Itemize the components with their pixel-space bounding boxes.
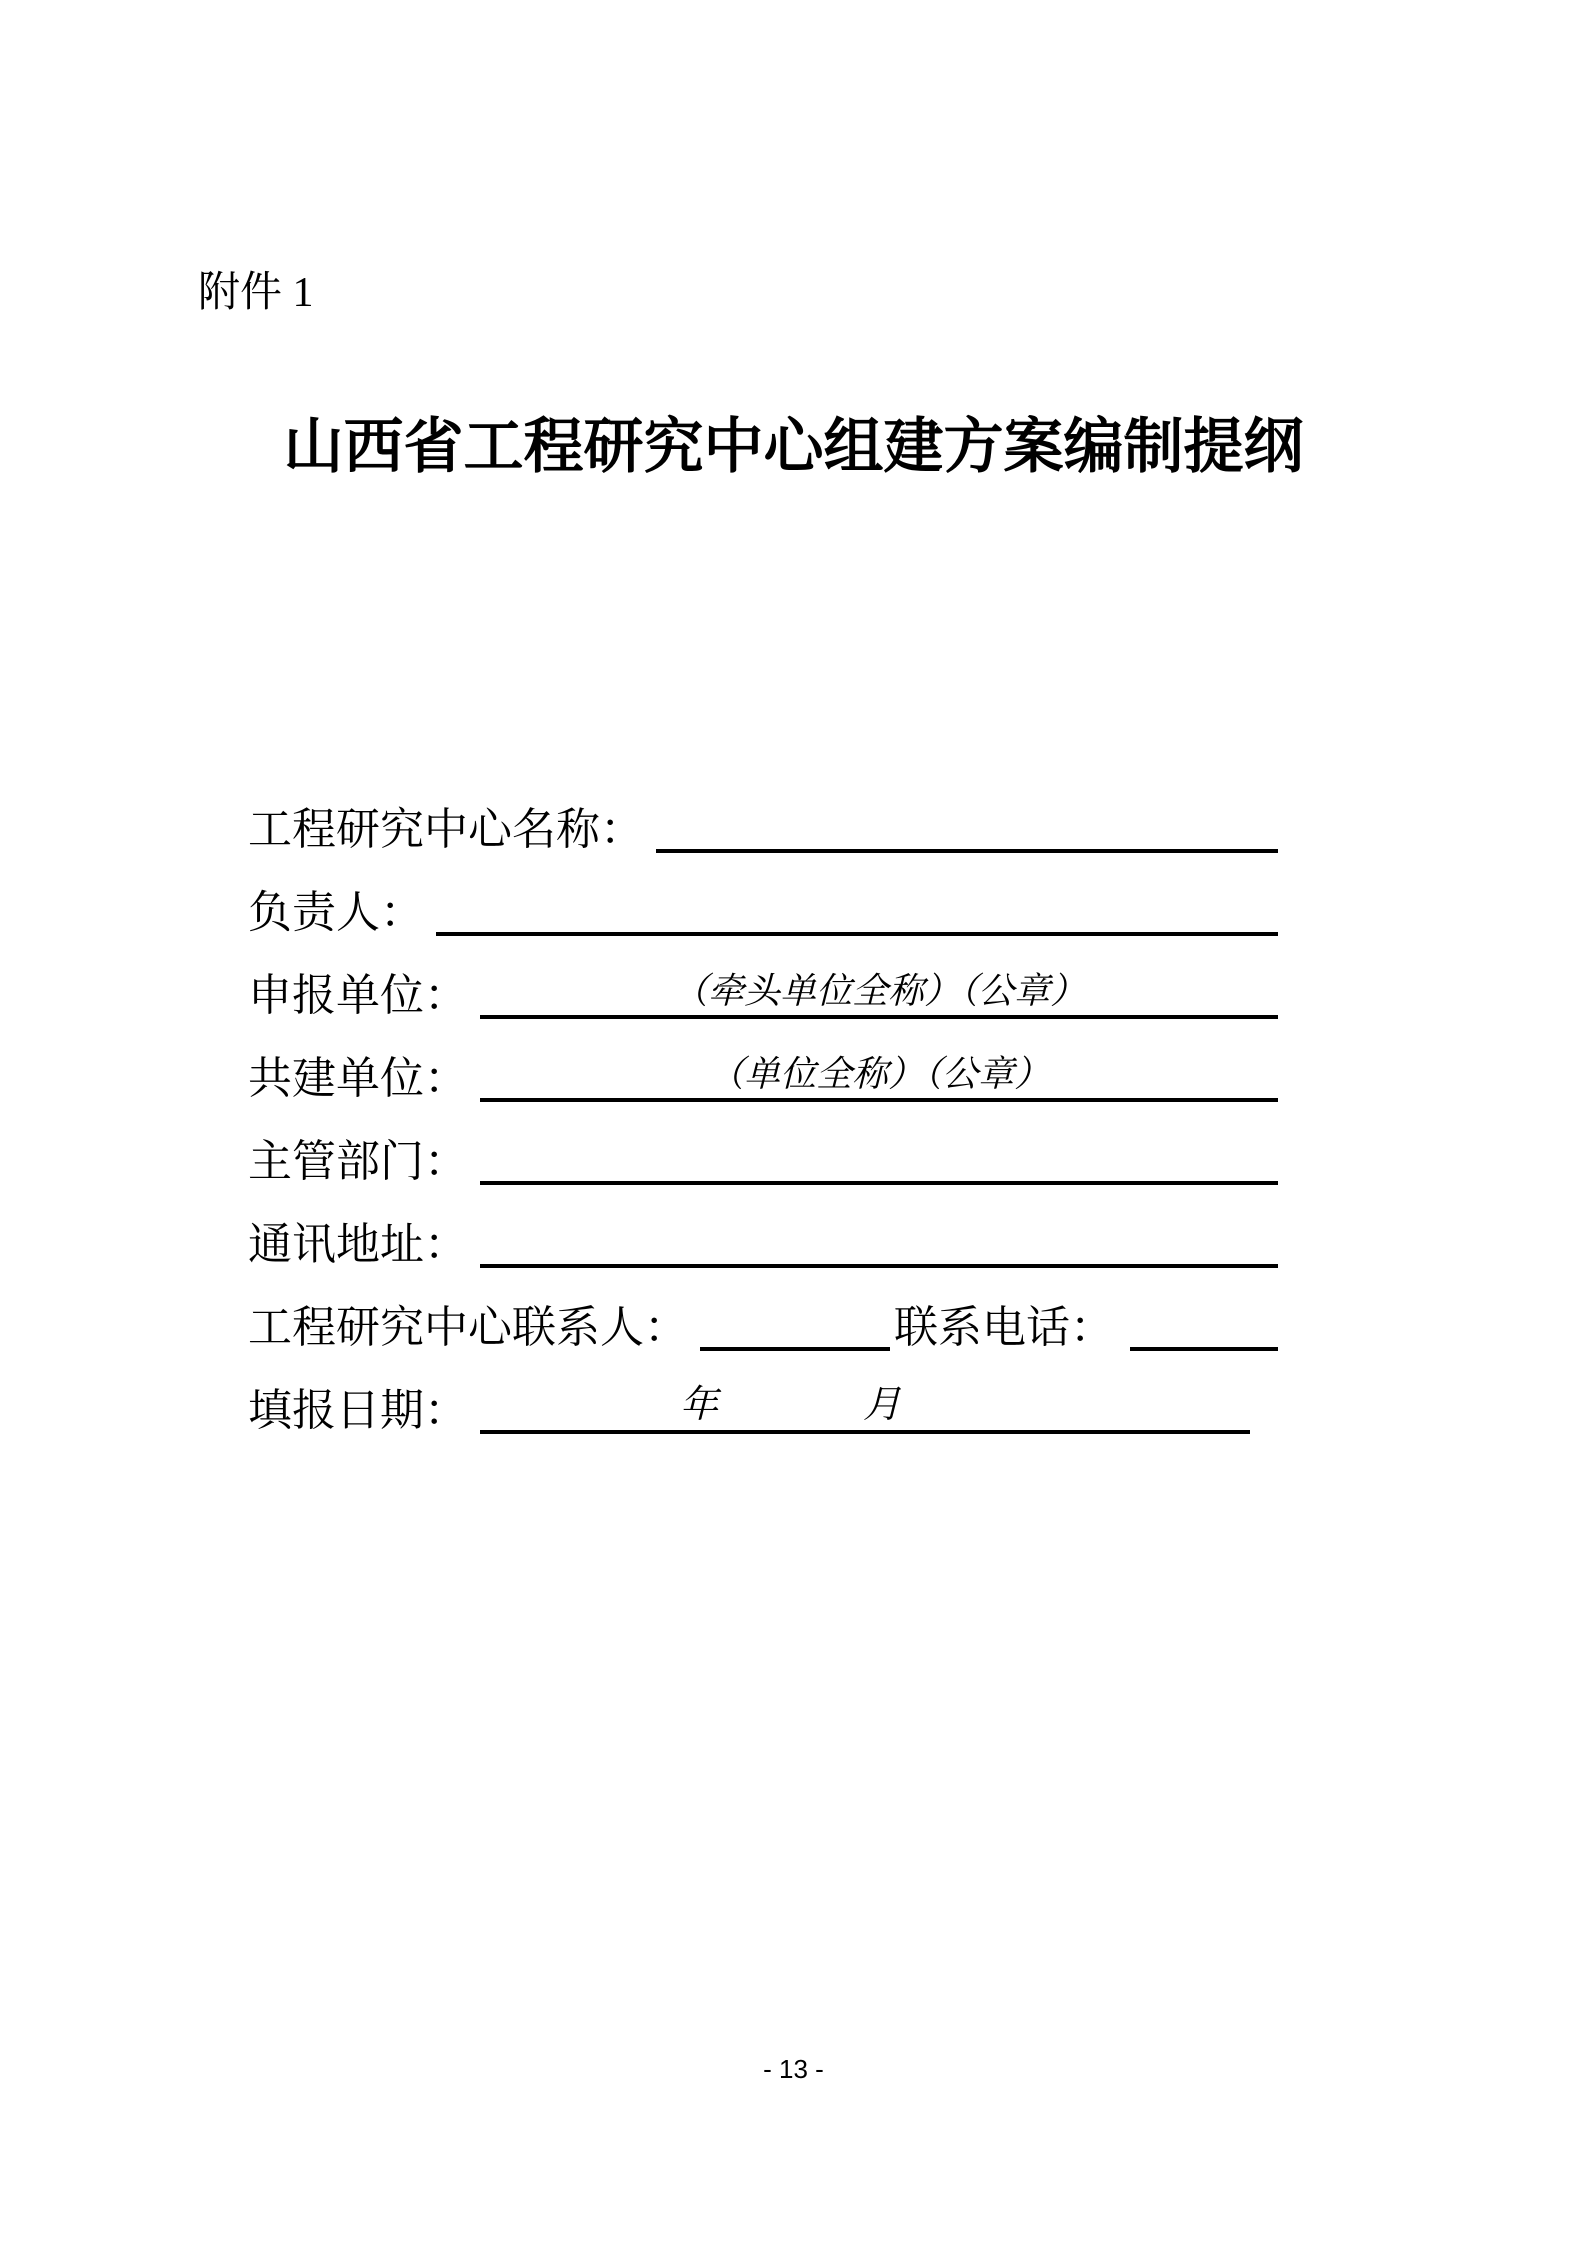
field-label-contact-person: 工程研究中心联系人：: [248, 1305, 688, 1351]
blank-line-center-name: [656, 797, 1278, 853]
blank-line-mailing-address: [480, 1212, 1278, 1268]
field-label-mailing-address: 通讯地址：: [248, 1222, 468, 1268]
placeholder-applicant-unit: （牵头单位全称）（公章）: [672, 973, 1086, 1015]
blank-line-contact-person: [700, 1295, 890, 1351]
form-row-mailing-address: 通讯地址：: [248, 1185, 1278, 1268]
field-label-applicant-unit: 申报单位：: [248, 973, 468, 1019]
attachment-label: 附件 1: [198, 270, 314, 316]
field-label-responsible-person: 负责人：: [248, 890, 424, 936]
field-label-contact-phone: 联系电话：: [894, 1305, 1114, 1351]
document-page: 附件 1 山西省工程研究中心组建方案编制提纲 工程研究中心名称： 负责人： 申报…: [0, 0, 1587, 2245]
blank-line-applicant-unit: （牵头单位全称）（公章）: [480, 963, 1278, 1019]
blank-line-contact-phone: [1130, 1295, 1278, 1351]
form-row-fill-date: 填报日期： 年 月: [248, 1351, 1278, 1434]
form-row-center-name: 工程研究中心名称：: [248, 770, 1278, 853]
field-label-fill-date: 填报日期：: [248, 1388, 468, 1434]
page-title: 山西省工程研究中心组建方案编制提纲: [0, 412, 1587, 481]
blank-line-supervisor-department: [480, 1129, 1278, 1185]
form-row-applicant-unit: 申报单位： （牵头单位全称）（公章）: [248, 936, 1278, 1019]
blank-line-cobuilder-unit: （单位全称）（公章）: [480, 1046, 1278, 1102]
page-number: - 13 -: [0, 2054, 1587, 2085]
form-row-cobuilder-unit: 共建单位： （单位全称）（公章）: [248, 1019, 1278, 1102]
date-unit-year: 年: [680, 1386, 718, 1430]
field-label-center-name: 工程研究中心名称：: [248, 807, 644, 853]
blank-line-responsible-person: [436, 880, 1278, 936]
form-row-responsible-person: 负责人：: [248, 853, 1278, 936]
form-row-contact: 工程研究中心联系人： 联系电话：: [248, 1268, 1278, 1351]
field-label-cobuilder-unit: 共建单位：: [248, 1056, 468, 1102]
form-row-supervisor-department: 主管部门：: [248, 1102, 1278, 1185]
placeholder-cobuilder-unit: （单位全称）（公章）: [708, 1056, 1050, 1098]
cover-form: 工程研究中心名称： 负责人： 申报单位： （牵头单位全称）（公章） 共建单位： …: [248, 770, 1278, 1434]
field-label-supervisor-department: 主管部门：: [248, 1139, 468, 1185]
date-unit-month: 月: [863, 1386, 901, 1430]
blank-line-fill-date: 年 月: [480, 1378, 1250, 1434]
